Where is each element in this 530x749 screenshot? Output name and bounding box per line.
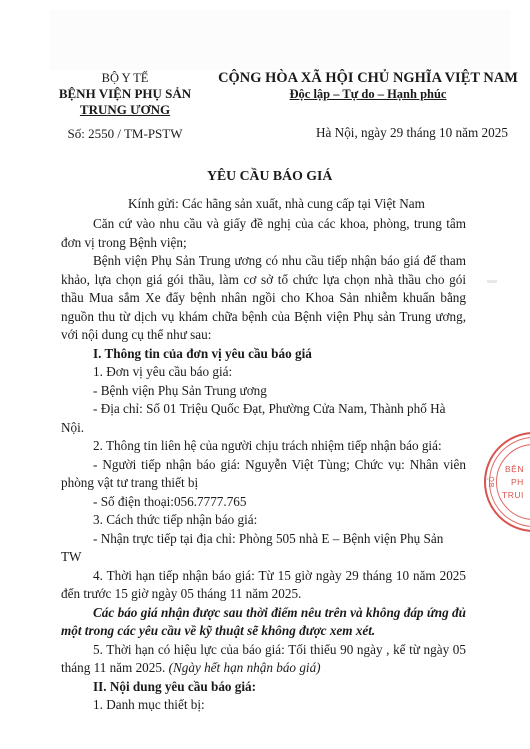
scan-shading — [50, 10, 510, 70]
item-2-phone: - Số điện thoại:056.7777.765 — [61, 493, 466, 512]
warning-note: Các báo giá nhận được sau thời điểm nêu … — [61, 604, 466, 641]
scan-artifact — [487, 280, 497, 283]
intro-paragraph-1: Căn cứ vào nhu cầu và giấy đề nghị của c… — [61, 215, 466, 252]
item-1-label: 1. Đơn vị yêu cầu báo giá: — [61, 363, 466, 382]
item-5-validity: 5. Thời hạn có hiệu lực của báo giá: Tối… — [61, 641, 466, 678]
recipient-line: Kính gửi: Các hãng sản xuất, nhà cung cấ… — [128, 196, 425, 212]
ministry-name: BỘ Y TẾ — [40, 70, 210, 86]
item-3-method: - Nhận trực tiếp tại địa chỉ: Phòng 505 … — [61, 530, 466, 567]
national-header: CỘNG HÒA XÃ HỘI CHỦ NGHĨA VIỆT NAM Độc l… — [210, 70, 526, 102]
item-3-label: 3. Cách thức tiếp nhận báo giá: — [61, 511, 466, 530]
issuer-block: BỘ Y TẾ BỆNH VIỆN PHỤ SẢN TRUNG ƯƠNG Số:… — [40, 70, 210, 142]
section-2-item-1: 1. Danh mục thiết bị: — [61, 696, 466, 715]
section-2-heading: II. Nội dung yêu cầu báo giá: — [61, 678, 466, 697]
organization-name-line2: TRUNG ƯƠNG — [40, 102, 210, 118]
national-motto: Độc lập – Tự do – Hạnh phúc — [210, 87, 526, 102]
item-2-person: - Người tiếp nhận báo giá: Nguyễn Việt T… — [61, 456, 466, 493]
nation-title: CỘNG HÒA XÃ HỘI CHỦ NGHĨA VIỆT NAM — [210, 70, 526, 87]
seal-text-line1: BỆN — [505, 464, 524, 474]
section-1-heading: I. Thông tin của đơn vị yêu cầu báo giá — [61, 345, 466, 364]
item-2-label: 2. Thông tin liên hệ của người chịu trác… — [61, 437, 466, 456]
seal-side-text: BỘ — [489, 476, 496, 487]
organization-name: BỆNH VIỆN PHỤ SẢN — [40, 86, 210, 102]
document-number: Số: 2550 / TM-PSTW — [40, 126, 210, 142]
place-date: Hà Nội, ngày 29 tháng 10 năm 2025 — [316, 125, 508, 141]
document-body: Căn cứ vào nhu cầu và giấy đề nghị của c… — [61, 215, 466, 715]
seal-text-line2: PH — [511, 477, 524, 487]
official-seal-stamp: BỆN PH TRUI BỘ — [484, 432, 530, 532]
intro-paragraph-2: Bệnh viện Phụ Sản Trung ương có nhu cầu … — [61, 252, 466, 345]
item-4-deadline: 4. Thời hạn tiếp nhận báo giá: Từ 15 giờ… — [61, 567, 466, 604]
item-1-address: - Địa chỉ: Số 01 Triệu Quốc Đạt, Phường … — [61, 400, 466, 437]
document-title: YÊU CẦU BÁO GIÁ — [207, 168, 332, 184]
item-1-name: - Bệnh viện Phụ Sản Trung ương — [61, 382, 466, 401]
item-5-note: (Ngày hết hạn nhận báo giá) — [169, 660, 321, 675]
seal-text-line3: TRUI — [502, 490, 524, 500]
